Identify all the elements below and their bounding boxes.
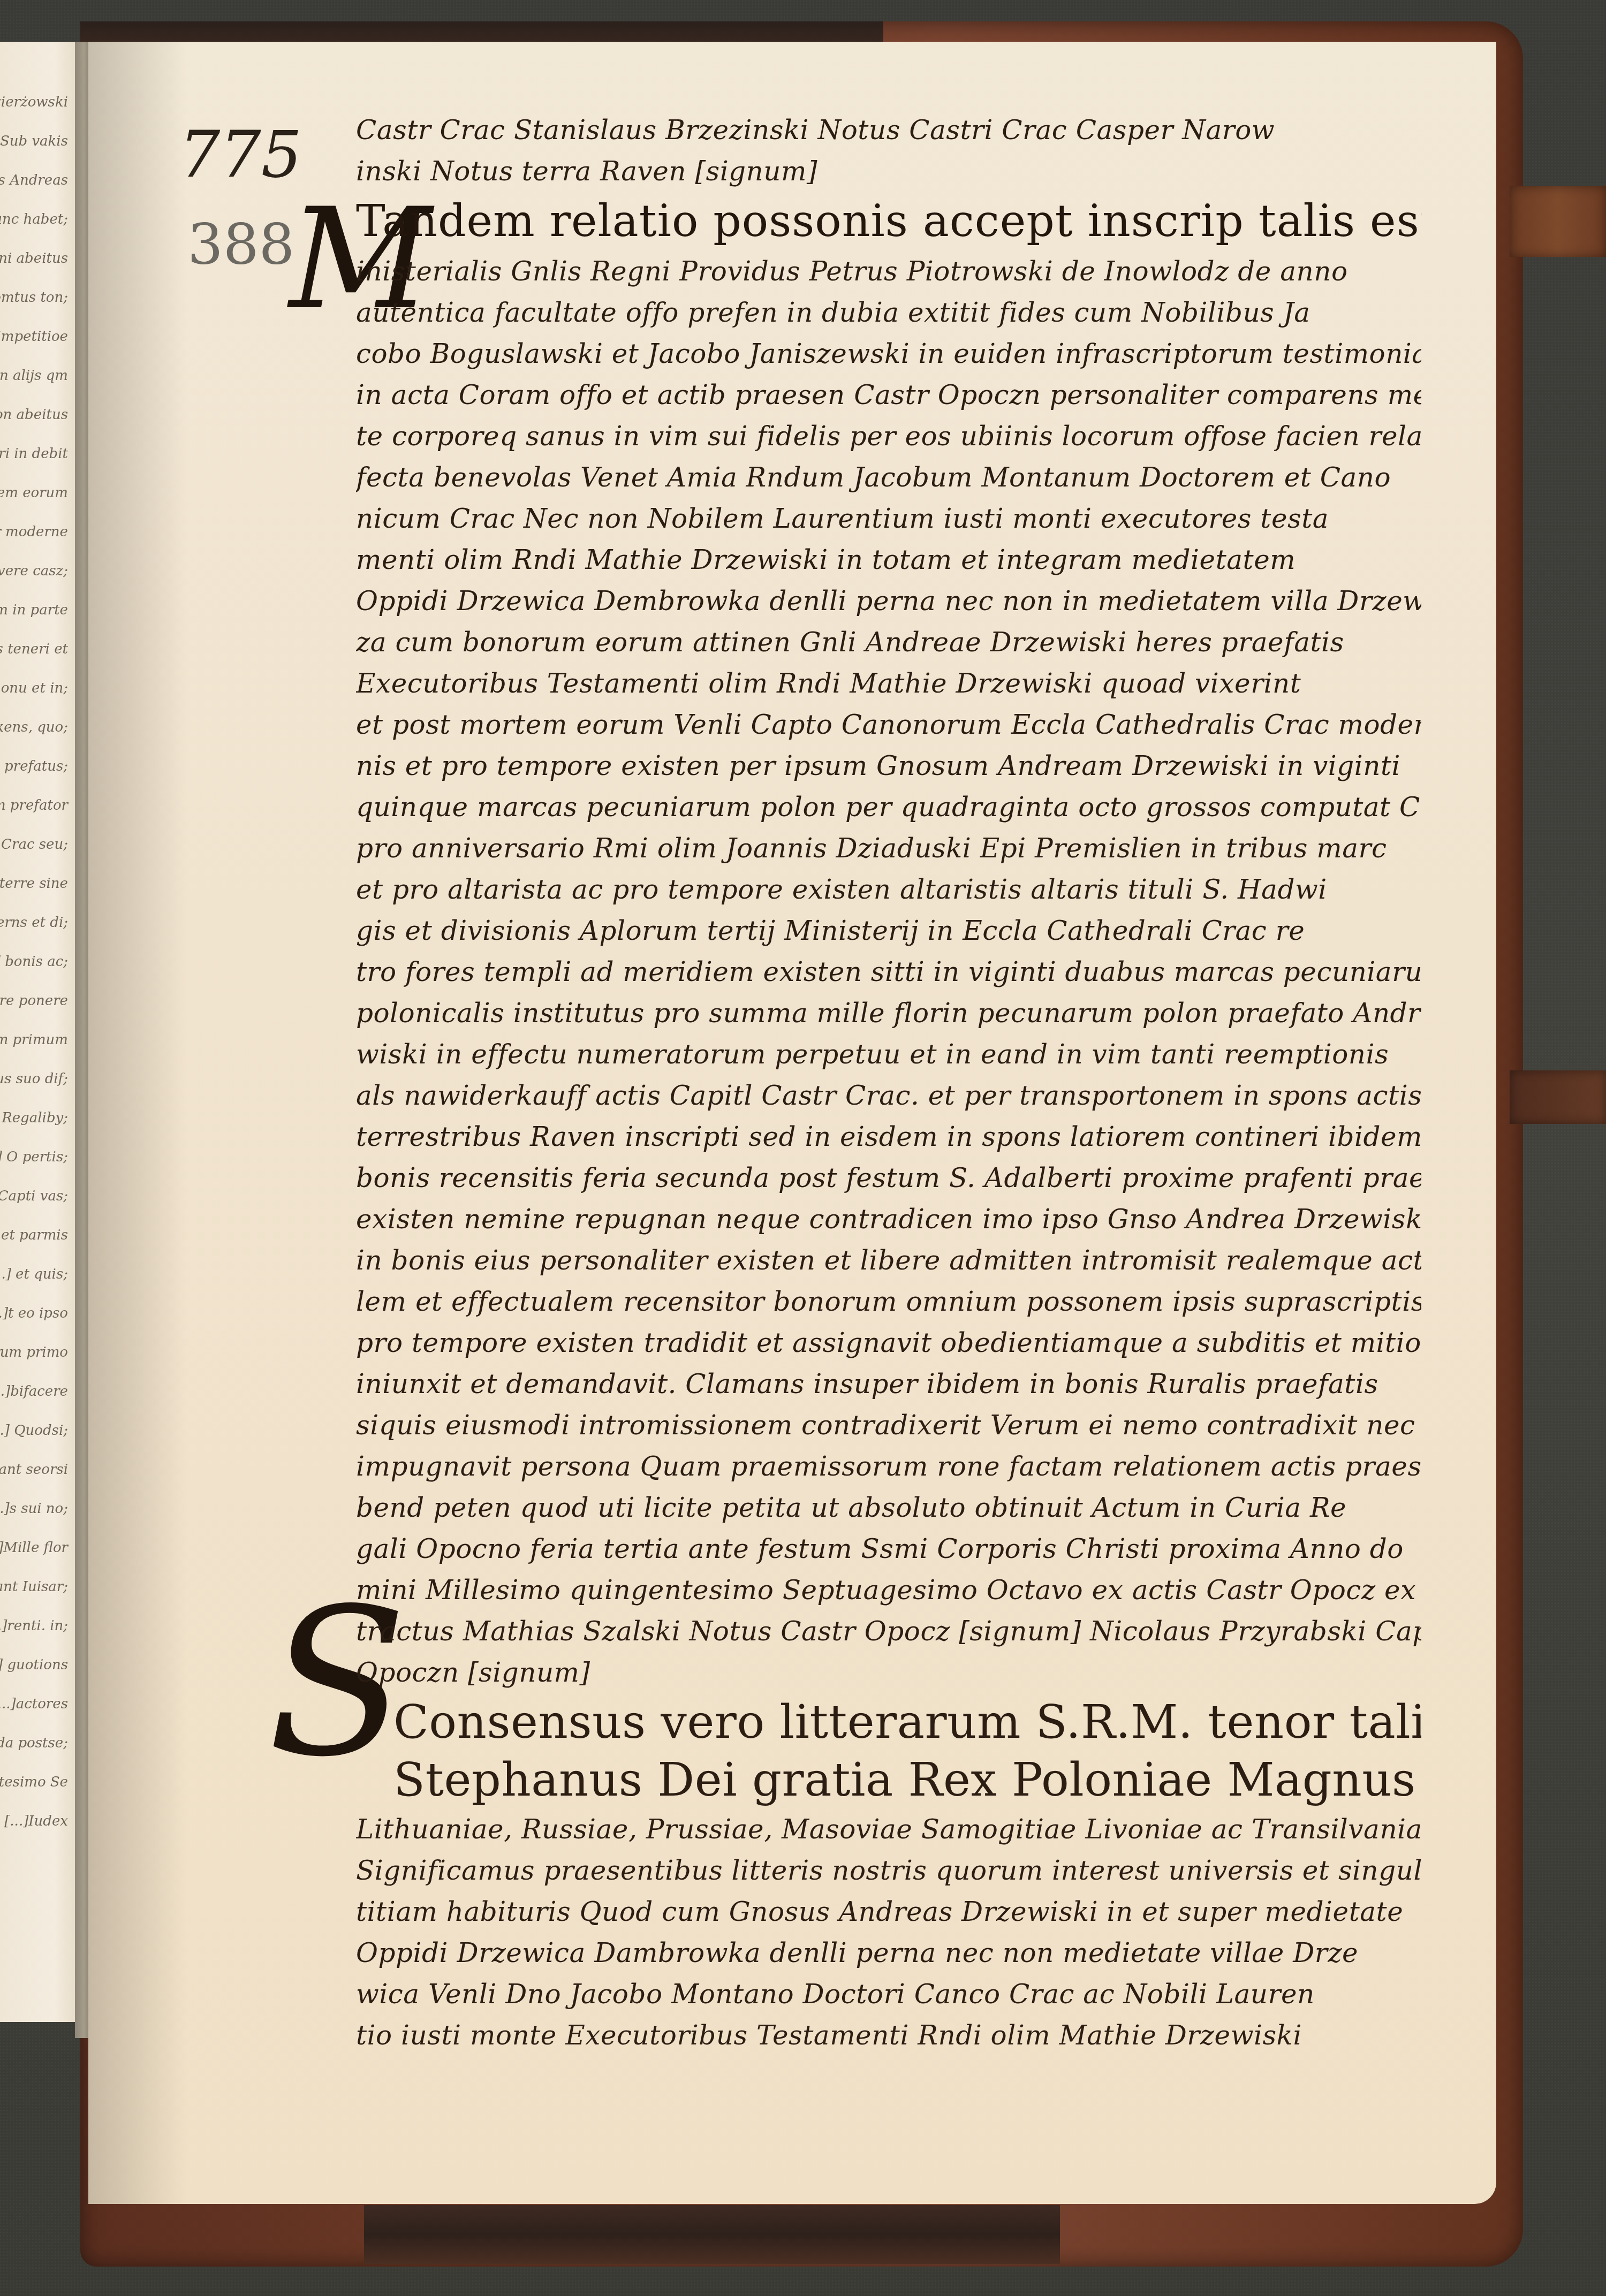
text-line: Significamus praesentibus litteris nostr… bbox=[356, 1850, 1421, 1891]
text-line: als nawiderkauff actis Capitl Castr Crac… bbox=[356, 1075, 1421, 1116]
text-line: et pro altarista ac pro tempore existen … bbox=[356, 869, 1421, 910]
left-page-line: [...] alteri in debit bbox=[0, 447, 68, 461]
text-line: fecta benevolas Venet Amia Rndum Jacobum… bbox=[356, 457, 1421, 498]
left-page-line: [...]ntesimo Se bbox=[0, 1775, 68, 1789]
text-line: wica Venli Dno Jacobo Montano Doctori Ca… bbox=[356, 1974, 1421, 2015]
consensus-body: Lithuaniae, Russiae, Prussiae, Masoviae … bbox=[356, 1809, 1421, 2056]
text-line: pro tempore existen tradidit et assignav… bbox=[356, 1322, 1421, 1364]
text-line: existen nemine repugnan neque contradice… bbox=[356, 1199, 1421, 1240]
relation-body: inisterialis Gnlis Regni Providus Petrus… bbox=[356, 251, 1421, 1693]
leather-tab-upper bbox=[1510, 186, 1606, 257]
left-page-line: [...]renti. in; bbox=[0, 1619, 68, 1633]
text-line: nis et pro tempore existen per ipsum Gno… bbox=[356, 746, 1421, 787]
binding-bottom-edge bbox=[364, 2205, 1060, 2264]
left-page-line: [...] prefatus; bbox=[0, 759, 68, 773]
left-page-line: [...] eorum primo bbox=[0, 1345, 68, 1359]
manuscript-text: Castr Crac Stanislaus Brzezinski Notus C… bbox=[356, 110, 1421, 2056]
left-page-line: [...] Regaliby; bbox=[0, 1111, 68, 1125]
left-page-line: [...]e, tokens, quo; bbox=[0, 720, 68, 734]
text-line: in bonis eius personaliter existen et li… bbox=[356, 1240, 1421, 1281]
folio-number: 775 bbox=[179, 123, 302, 187]
text-line: bonis recensitis feria secunda post fest… bbox=[356, 1158, 1421, 1199]
text-line: impugnavit persona Quam praemissorum ron… bbox=[356, 1446, 1421, 1487]
text-line: tio iusti monte Executoribus Testamenti … bbox=[356, 2015, 1421, 2056]
text-line: Lithuaniae, Russiae, Prussiae, Masoviae … bbox=[356, 1809, 1421, 1850]
text-line: cobo Boguslawski et Jacobo Janiszewski i… bbox=[356, 333, 1421, 375]
text-line: nicum Crac Nec non Nobilem Laurentium iu… bbox=[356, 498, 1421, 539]
text-line: tractus Mathias Szalski Notus Castr Opoc… bbox=[356, 1611, 1421, 1652]
text-line: Oppidi Drzewica Dembrowka denlli perna n… bbox=[356, 581, 1421, 622]
left-page-line: [...] tare ponere bbox=[0, 994, 68, 1008]
preamble: Castr Crac Stanislaus Brzezinski Notus C… bbox=[356, 110, 1421, 192]
left-page-line: [...]a nunc habet; bbox=[0, 212, 68, 226]
left-page-fragment: DzierżowskiSub vakis[...]us Andreas[...]… bbox=[0, 42, 78, 2022]
left-page-line: Dzierżowski bbox=[0, 95, 68, 109]
gutter bbox=[75, 42, 90, 2038]
left-page-line: [...]da postse; bbox=[0, 1736, 68, 1750]
left-page-line: [...]m primum bbox=[0, 1033, 68, 1047]
left-page-line: [...]a tam in parte bbox=[0, 603, 68, 617]
text-line: Oppidi Drzewica Dambrowka denlli perna n… bbox=[356, 1933, 1421, 1974]
text-line: te corporeq sanus in vim sui fidelis per… bbox=[356, 416, 1421, 457]
text-line: iniunxit et demandavit. Clamans insuper … bbox=[356, 1364, 1421, 1405]
left-page-line: [...]Fant Iuisar; bbox=[0, 1580, 68, 1594]
text-line: in acta Coram offo et actib praesen Cast… bbox=[356, 375, 1421, 416]
left-page-line: [...]actores bbox=[0, 1697, 68, 1711]
left-page-line: [...]res teneri et bbox=[0, 642, 68, 656]
section-heading-consensus: Consensus vero litterarum S.R.M. tenor t… bbox=[356, 1693, 1421, 1751]
text-line: Castr Crac Stanislaus Brzezinski Notus C… bbox=[356, 110, 1421, 151]
left-page-line: [...]mni abeitus bbox=[0, 252, 68, 265]
left-page-line: [...]us Andreas bbox=[0, 173, 68, 187]
left-page-line: [...]s sui no; bbox=[0, 1502, 68, 1516]
left-page-line: [...]redivere casz; bbox=[0, 564, 68, 578]
left-page-line: [...] monu et in; bbox=[0, 681, 68, 695]
text-line: za cum bonorum eorum attinen Gnli Andrea… bbox=[356, 622, 1421, 663]
text-line: lem et effectualem recensitor bonorum om… bbox=[356, 1281, 1421, 1322]
left-page-line: [...]i impetitioe bbox=[0, 330, 68, 344]
left-page-line: [...]ften alijs qm bbox=[0, 369, 68, 383]
text-line: et post mortem eorum Venli Capto Canonor… bbox=[356, 704, 1421, 746]
text-line: inisterialis Gnlis Regni Providus Petrus… bbox=[356, 251, 1421, 292]
text-line: autentica facultate offo prefen in dubia… bbox=[356, 292, 1421, 333]
text-line: bend peten quod uti licite petita ut abs… bbox=[356, 1487, 1421, 1529]
left-page-line: [...]Mille flor bbox=[0, 1541, 68, 1555]
text-line: polonicalis institutus pro summa mille f… bbox=[356, 993, 1421, 1034]
left-page-line: [...] O pertis; bbox=[0, 1150, 68, 1164]
left-page-line: [...] Quodsi; bbox=[0, 1424, 68, 1438]
text-line: Opoczn [signum] bbox=[356, 1652, 1421, 1693]
left-page-line: [...]r moderne bbox=[0, 525, 68, 539]
text-line: pro anniversario Rmi olim Joannis Dziadu… bbox=[356, 828, 1421, 869]
left-page-line: [...]ant seorsi bbox=[0, 1463, 68, 1477]
text-line: titiam habituris Quod cum Gnosus Andreas… bbox=[356, 1891, 1421, 1933]
left-page-line: [...] et quis; bbox=[0, 1267, 68, 1281]
left-page-line: [...] et parmis bbox=[0, 1228, 68, 1242]
text-line: wiski in effectu numeratorum perpetuu et… bbox=[356, 1034, 1421, 1075]
text-line: mini Millesimo quingentesimo Septuagesim… bbox=[356, 1570, 1421, 1611]
text-line: menti olim Rndi Mathie Drzewiski in tota… bbox=[356, 539, 1421, 581]
text-line: tro fores templi ad meridiem existen sit… bbox=[356, 952, 1421, 993]
left-page-line: [...] bonis ac; bbox=[0, 955, 68, 969]
text-line: siquis eiusmodi intromissionem contradix… bbox=[356, 1405, 1421, 1446]
left-page-line: [...]bus suo dif; bbox=[0, 1072, 68, 1086]
text-line: quinque marcas pecuniarum polon per quad… bbox=[356, 787, 1421, 828]
text-line: Executoribus Testamenti olim Rndi Mathie… bbox=[356, 663, 1421, 704]
left-page-line: [...] non abeitus bbox=[0, 408, 68, 422]
text-line: gali Opocno feria tertia ante festum Ssm… bbox=[356, 1529, 1421, 1570]
left-page-line: [...] terns et di; bbox=[0, 916, 68, 930]
left-page-line: [...]ttomtus ton; bbox=[0, 291, 68, 305]
leather-tab-lower bbox=[1510, 1070, 1606, 1124]
left-page-line: [...] Capti vas; bbox=[0, 1189, 68, 1203]
left-page-line: [...]t eo ipso bbox=[0, 1306, 68, 1320]
left-page-line: [...]bifacere bbox=[0, 1385, 68, 1398]
left-page-line: [...]t mortem eorum bbox=[0, 486, 68, 500]
text-line: inski Notus terra Raven [signum] bbox=[356, 151, 1421, 192]
left-page-line: [...] terre sine bbox=[0, 877, 68, 891]
section-heading-relation: Tandem relatio possonis accept inscrip t… bbox=[356, 192, 1421, 251]
secondary-folio-number: 388 bbox=[187, 217, 294, 273]
left-page-line: [...] Crac seu; bbox=[0, 838, 68, 852]
left-page-line: Sub vakis bbox=[0, 134, 68, 148]
left-page-line: [...]Iudex bbox=[4, 1814, 68, 1828]
royal-intitulatio: Stephanus Dei gratia Rex Poloniae Magnus… bbox=[356, 1751, 1421, 1809]
text-line: terrestribus Raven inscripti sed in eisd… bbox=[356, 1116, 1421, 1158]
text-line: gis et divisionis Aplorum tertij Ministe… bbox=[356, 910, 1421, 952]
left-page-line: [...] guotions bbox=[0, 1658, 68, 1672]
left-page-line: [...]om prefator bbox=[0, 799, 68, 812]
